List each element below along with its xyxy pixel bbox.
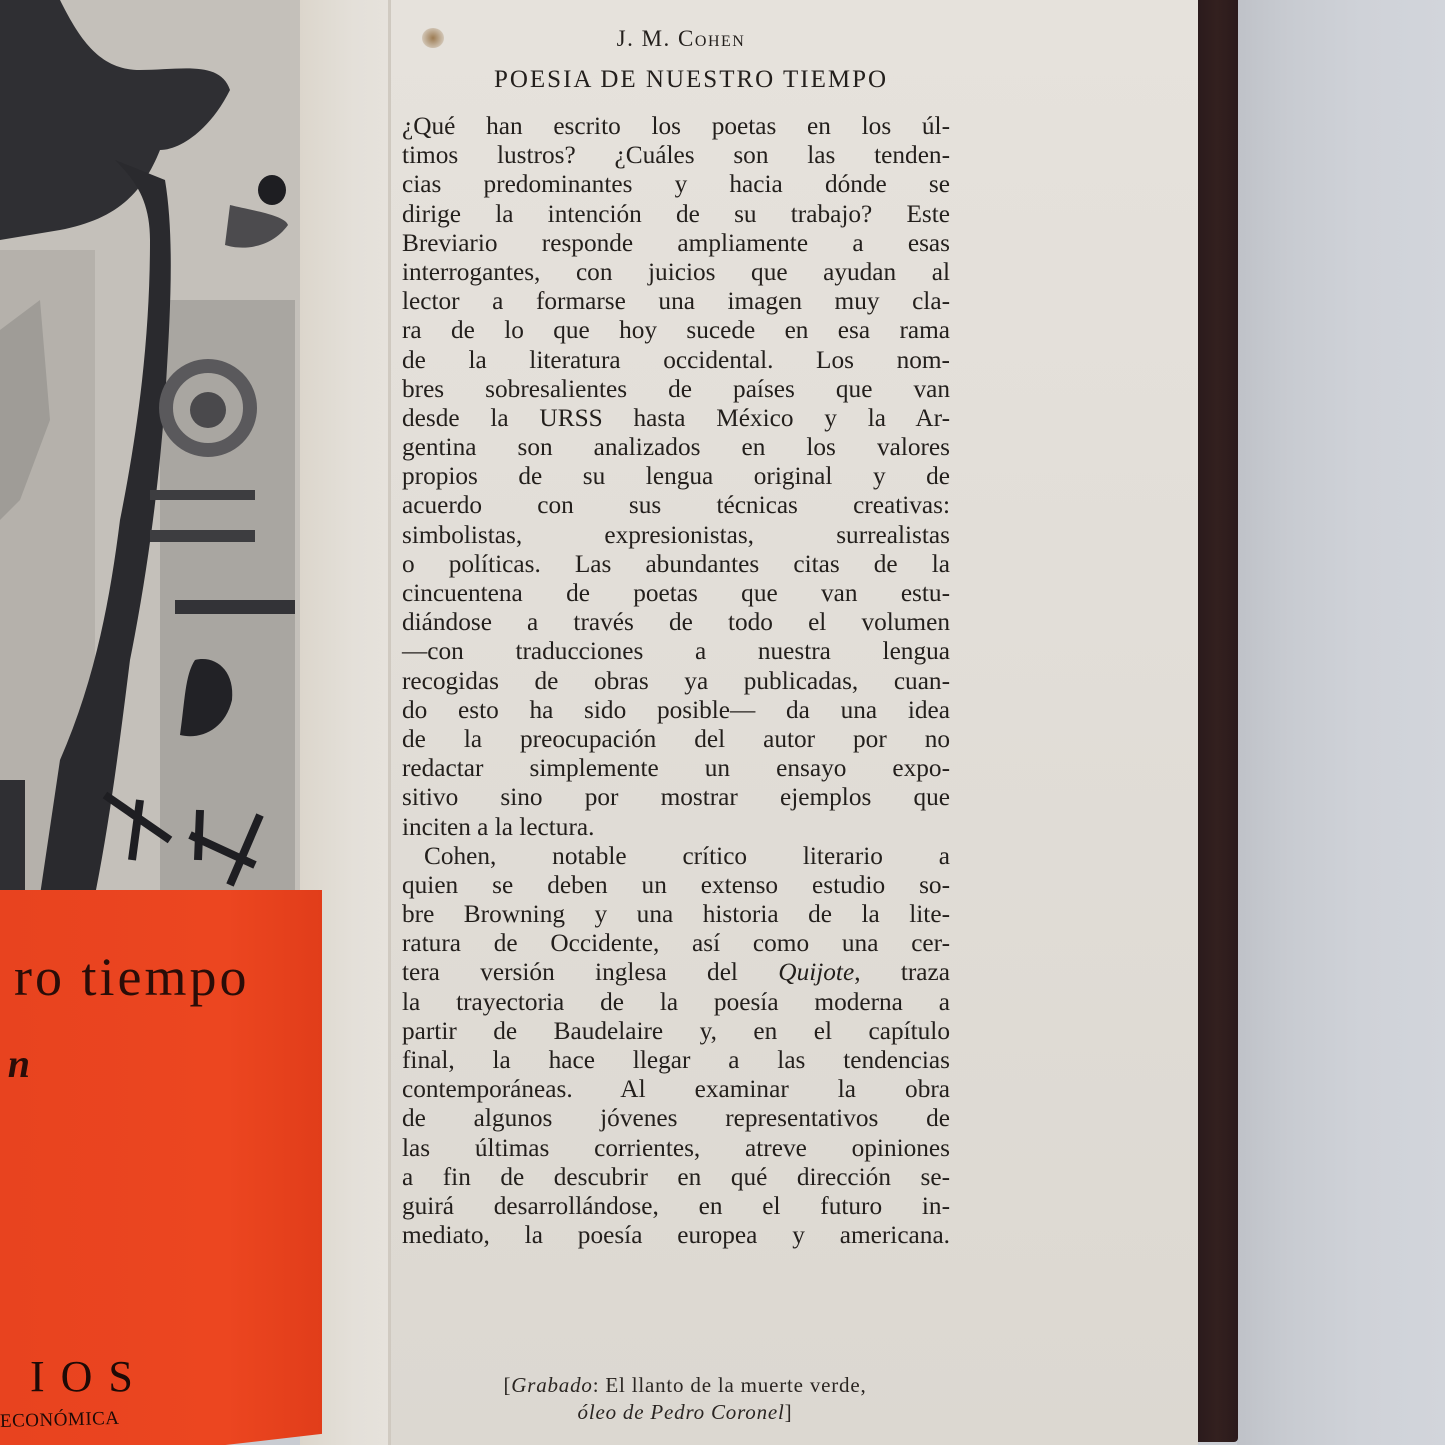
cover-artwork bbox=[0, 0, 300, 895]
body-line: Breviario responde ampliamente a esas bbox=[402, 229, 950, 258]
body-line: simbolistas, expresionistas, surrealista… bbox=[402, 521, 950, 550]
cover-title-fragment: ro tiempo bbox=[14, 946, 249, 1008]
body-line: quien se deben un extenso estudio so- bbox=[402, 871, 950, 900]
body-line-part: , traza bbox=[854, 958, 950, 986]
caption-line-1: [Grabado: El llanto de la muerte verde, bbox=[420, 1372, 950, 1399]
body-line: cias predominantes y hacia dónde se bbox=[402, 170, 950, 199]
body-line: interrogantes, con juicios que ayudan al bbox=[402, 258, 950, 287]
flap-text-block: J. M. Cohen POESIA DE NUESTRO TIEMPO ¿Qu… bbox=[402, 26, 950, 1250]
body-line: sitivo sino por mostrar ejemplos que bbox=[402, 783, 950, 812]
caption-label: Grabado bbox=[511, 1373, 592, 1397]
artwork-caption: [Grabado: El llanto de la muerte verde, … bbox=[420, 1372, 950, 1426]
italic-work-title: Quijote bbox=[778, 958, 854, 986]
caption-credit: óleo de Pedro Coronel bbox=[578, 1400, 785, 1424]
body-line: partir de Baudelaire y, en el capítulo bbox=[402, 1017, 950, 1046]
body-line-part: tera versión inglesa del bbox=[402, 958, 778, 986]
flap-body: ¿Qué han escrito los poetas en los úl- t… bbox=[402, 112, 950, 1250]
body-line: guirá desarrollándose, en el futuro in- bbox=[402, 1192, 950, 1221]
body-line: de la preocupación del autor por no bbox=[402, 725, 950, 754]
caption-line-2: óleo de Pedro Coronel] bbox=[420, 1399, 950, 1426]
cover-author-fragment: n bbox=[0, 1040, 30, 1087]
body-line: redactar simplemente un ensayo expo- bbox=[402, 754, 950, 783]
flap-edge-line bbox=[388, 0, 390, 1445]
body-line: la trayectoria de la poesía moderna a bbox=[402, 988, 950, 1017]
body-line: do esto ha sido posible— da una idea bbox=[402, 696, 950, 725]
body-line-with-italic: tera versión inglesa del Quijote, traza bbox=[402, 958, 950, 987]
cover-series-fragment: IOS bbox=[30, 1351, 149, 1402]
body-line: diándose a través de todo el volumen bbox=[402, 608, 950, 637]
caption-text: : El llanto de la muerte verde, bbox=[593, 1373, 867, 1397]
book-back-cover-edge bbox=[1196, 0, 1238, 1442]
body-line: final, la hace llegar a las tendencias bbox=[402, 1046, 950, 1075]
body-line: timos lustros? ¿Cuáles son las tenden- bbox=[402, 141, 950, 170]
body-line: a fin de descubrir en qué dirección se- bbox=[402, 1163, 950, 1192]
body-line: bre Browning y una historia de la lite- bbox=[402, 900, 950, 929]
body-line: de la literatura occidental. Los nom- bbox=[402, 346, 950, 375]
background-surface bbox=[1237, 0, 1445, 1445]
body-line: ra de lo que hoy sucede en esa rama bbox=[402, 316, 950, 345]
body-line: —con traducciones a nuestra lengua bbox=[402, 637, 950, 666]
body-line: recogidas de obras ya publicadas, cuan- bbox=[402, 667, 950, 696]
body-line: dirige la intención de su trabajo? Este bbox=[402, 200, 950, 229]
body-line: cincuentena de poetas que van estu- bbox=[402, 579, 950, 608]
body-line: mediato, la poesía europea y americana. bbox=[402, 1221, 950, 1250]
flap-author: J. M. Cohen bbox=[412, 26, 950, 52]
body-line: contemporáneas. Al examinar la obra bbox=[402, 1075, 950, 1104]
body-line: o políticas. Las abundantes citas de la bbox=[402, 550, 950, 579]
cover-publisher-fragment: ECONÓMICA bbox=[0, 1408, 120, 1433]
body-line: propios de su lengua original y de bbox=[402, 462, 950, 491]
body-line: de algunos jóvenes representativos de bbox=[402, 1104, 950, 1133]
flap-title: POESIA DE NUESTRO TIEMPO bbox=[432, 66, 950, 94]
body-line: Cohen, notable crítico literario a bbox=[402, 842, 950, 871]
body-line: ratura de Occidente, así como una cer- bbox=[402, 929, 950, 958]
body-line: inciten a la lectura. bbox=[402, 813, 950, 842]
body-line: ¿Qué han escrito los poetas en los úl- bbox=[402, 112, 950, 141]
body-line: bres sobresalientes de países que van bbox=[402, 375, 950, 404]
body-line: gentina son analizados en los valores bbox=[402, 433, 950, 462]
body-line: acuerdo con sus técnicas creativas: bbox=[402, 491, 950, 520]
caption-bracket: ] bbox=[785, 1400, 793, 1424]
body-line: desde la URSS hasta México y la Ar- bbox=[402, 404, 950, 433]
body-line: las últimas corrientes, atreve opiniones bbox=[402, 1134, 950, 1163]
body-line: lector a formarse una imagen muy cla- bbox=[402, 287, 950, 316]
